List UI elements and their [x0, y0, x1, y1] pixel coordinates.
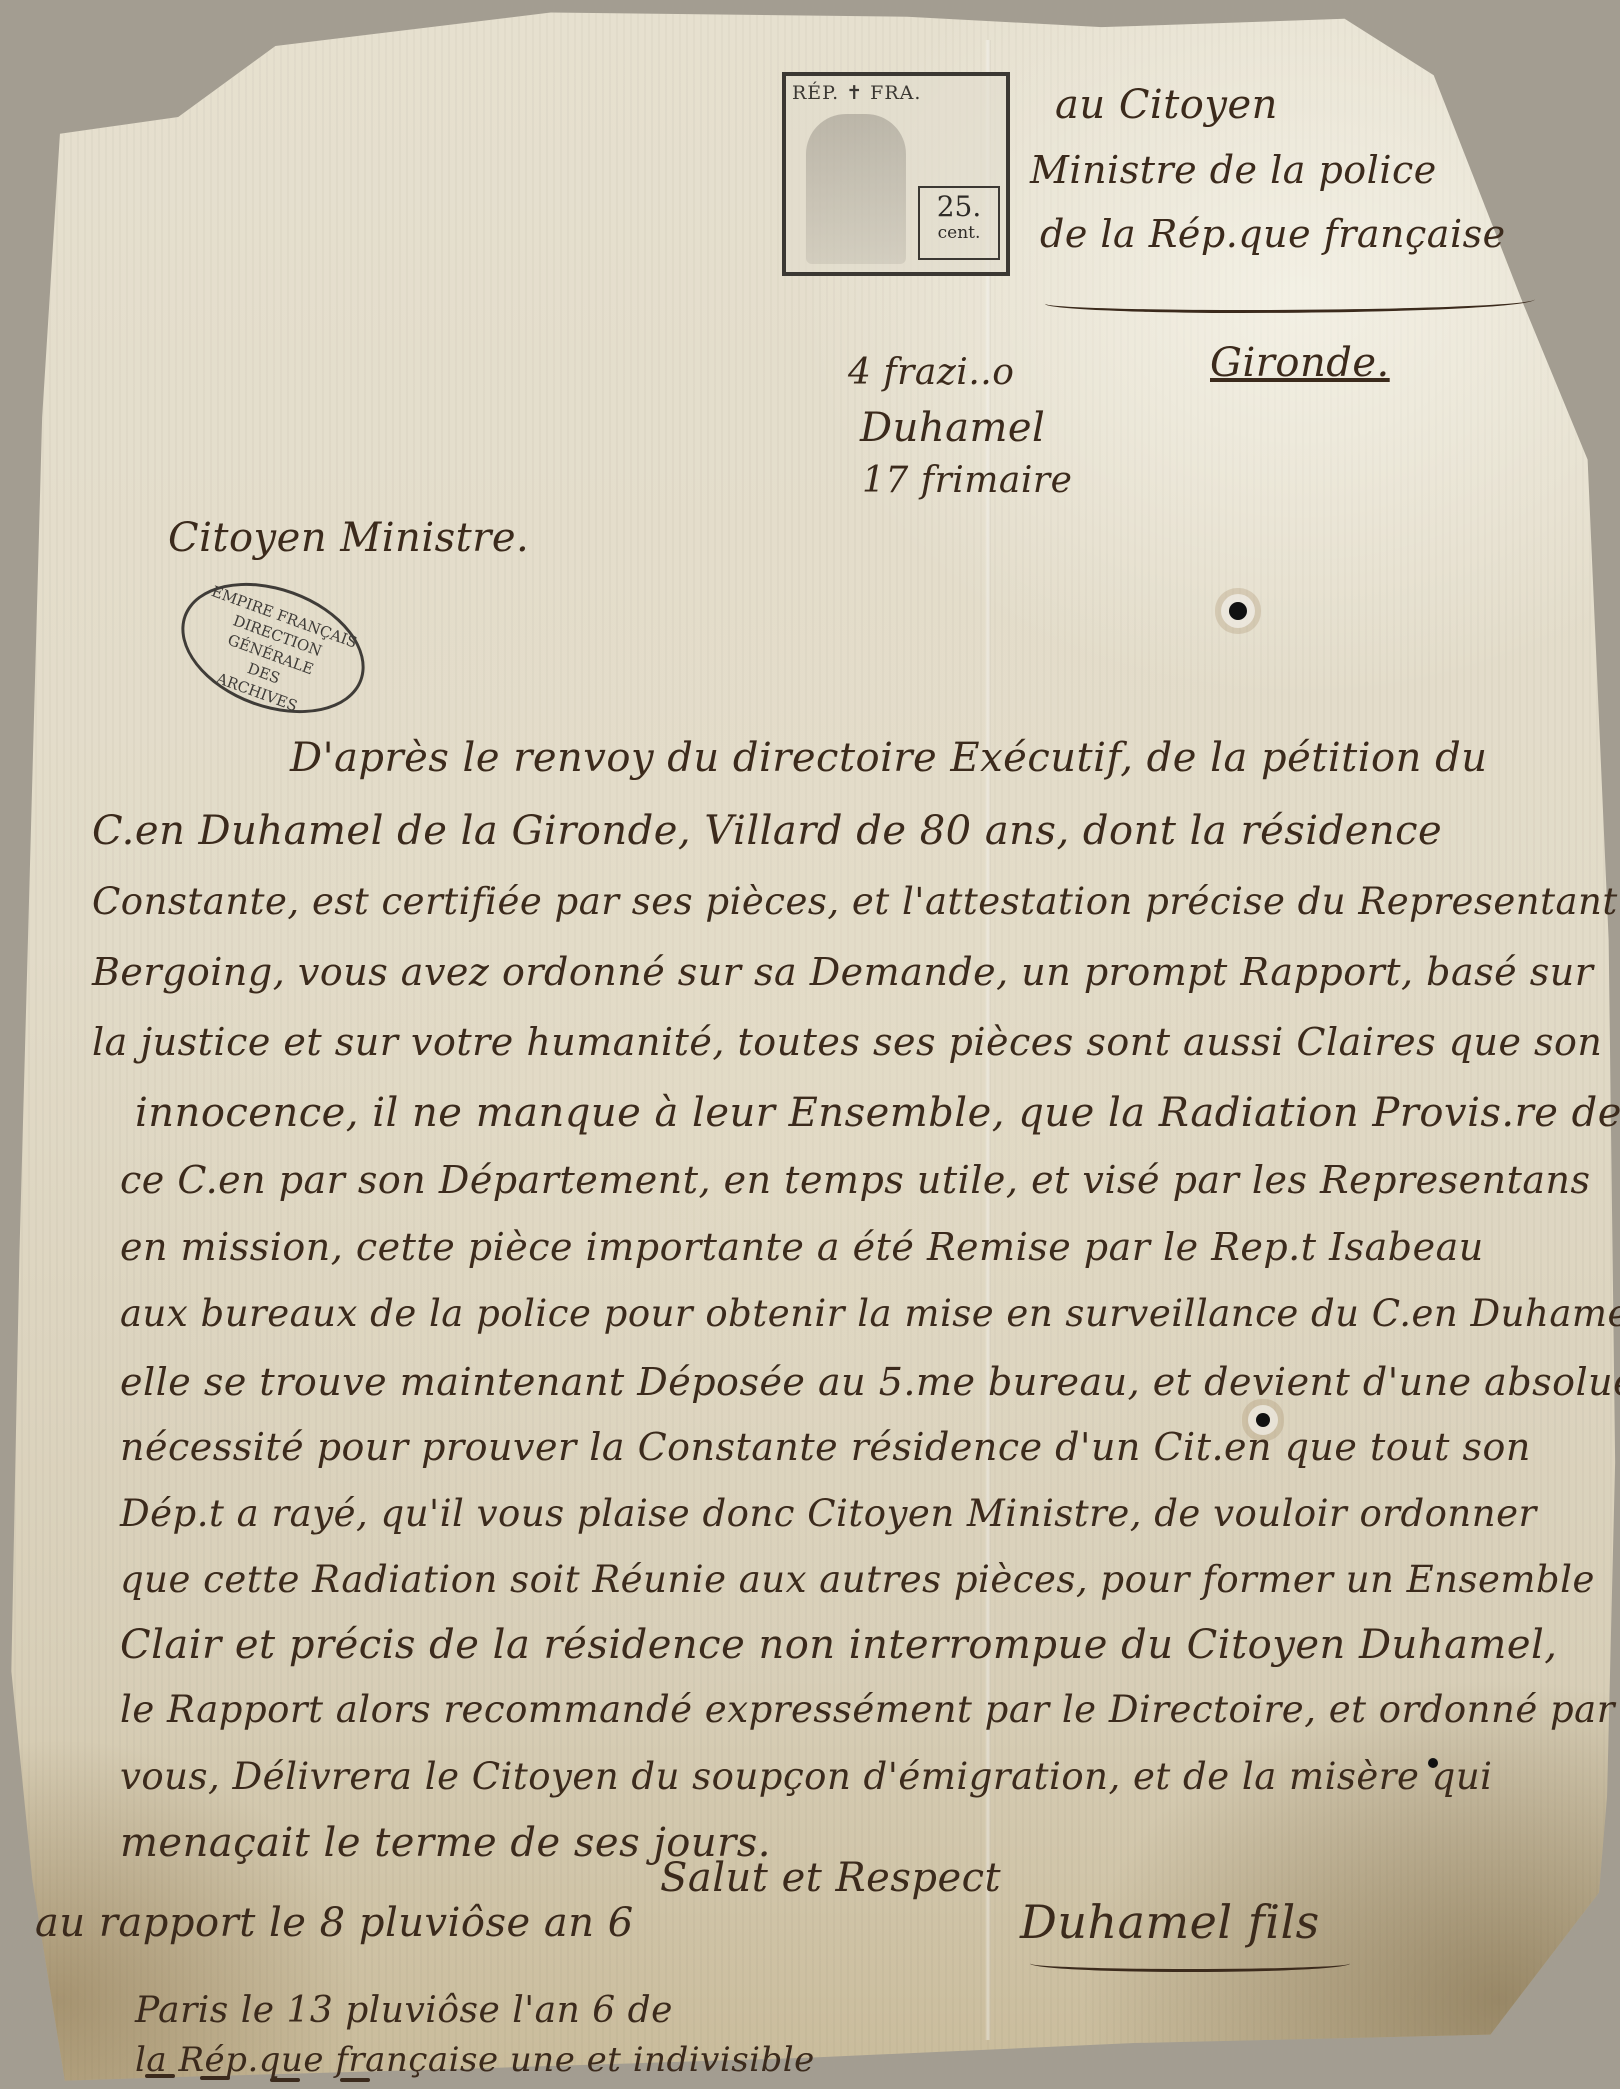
- margin-note-line: 4 frazi..o: [848, 352, 1014, 393]
- underline-dash: [200, 2076, 230, 2080]
- date-line: la Rép.que française une et indivisible: [135, 2040, 815, 2080]
- body-line: que cette Radiation soit Réunie aux autr…: [120, 1558, 1595, 1601]
- body-line: elle se trouve maintenant Déposée au 5.m…: [120, 1360, 1620, 1404]
- signature-flourish: [1030, 1955, 1350, 1972]
- body-line: Dép.t a rayé, qu'il vous plaise donc Cit…: [120, 1492, 1537, 1535]
- underline-dash: [340, 2078, 370, 2082]
- marginal-annotation: au rapport le 8 pluviôse an 6: [35, 1900, 634, 1946]
- stamp-header: RÉP. ✝ FRA.: [792, 82, 921, 104]
- punch-hole: [1229, 602, 1247, 620]
- body-line: C.en Duhamel de la Gironde, Villard de 8…: [92, 808, 1442, 854]
- body-line: Clair et précis de la résidence non inte…: [120, 1622, 1558, 1668]
- body-line: le Rapport alors recommandé expressément…: [120, 1688, 1615, 1731]
- underline-dash: [270, 2078, 300, 2082]
- margin-note-line: 17 frimaire: [862, 460, 1072, 501]
- stamp-unit: cent.: [920, 223, 998, 243]
- address-line: de la Rép.que française: [1040, 212, 1506, 256]
- underline-dash: [145, 2074, 175, 2078]
- body-line: D'après le renvoy du directoire Exécutif…: [290, 735, 1487, 781]
- stamp-value: 25.: [920, 190, 998, 223]
- stamp-value-box: 25. cent.: [918, 186, 1000, 260]
- margin-note-line: Duhamel: [860, 405, 1045, 451]
- date-line: Paris le 13 pluviôse l'an 6 de: [135, 1990, 673, 2031]
- body-line: aux bureaux de la police pour obtenir la…: [120, 1292, 1620, 1335]
- signature: Duhamel fils: [1020, 1895, 1320, 1949]
- body-line: nécessité pour prouver la Constante rési…: [120, 1425, 1531, 1469]
- salutation: Citoyen Ministre.: [168, 515, 529, 561]
- address-line: Ministre de la police: [1030, 148, 1437, 192]
- body-line: Bergoing, vous avez ordonné sur sa Deman…: [92, 950, 1593, 994]
- department-label: Gironde.: [1210, 340, 1390, 386]
- address-line: au Citoyen: [1055, 82, 1278, 128]
- tax-stamp: RÉP. ✝ FRA. 25. cent.: [782, 72, 1010, 276]
- body-line: Constante, est certifiée par ses pièces,…: [92, 880, 1618, 923]
- body-line: en mission, cette pièce importante a été…: [120, 1225, 1484, 1269]
- body-line: vous, Délivrera le Citoyen du soupçon d'…: [120, 1755, 1493, 1798]
- body-line: ce C.en par son Département, en temps ut…: [120, 1158, 1590, 1202]
- closing: Salut et Respect: [660, 1855, 1001, 1901]
- body-line: la justice et sur votre humanité, toutes…: [92, 1020, 1602, 1064]
- body-line: innocence, il ne manque à leur Ensemble,…: [135, 1090, 1620, 1136]
- stamp-figure-icon: [806, 114, 906, 264]
